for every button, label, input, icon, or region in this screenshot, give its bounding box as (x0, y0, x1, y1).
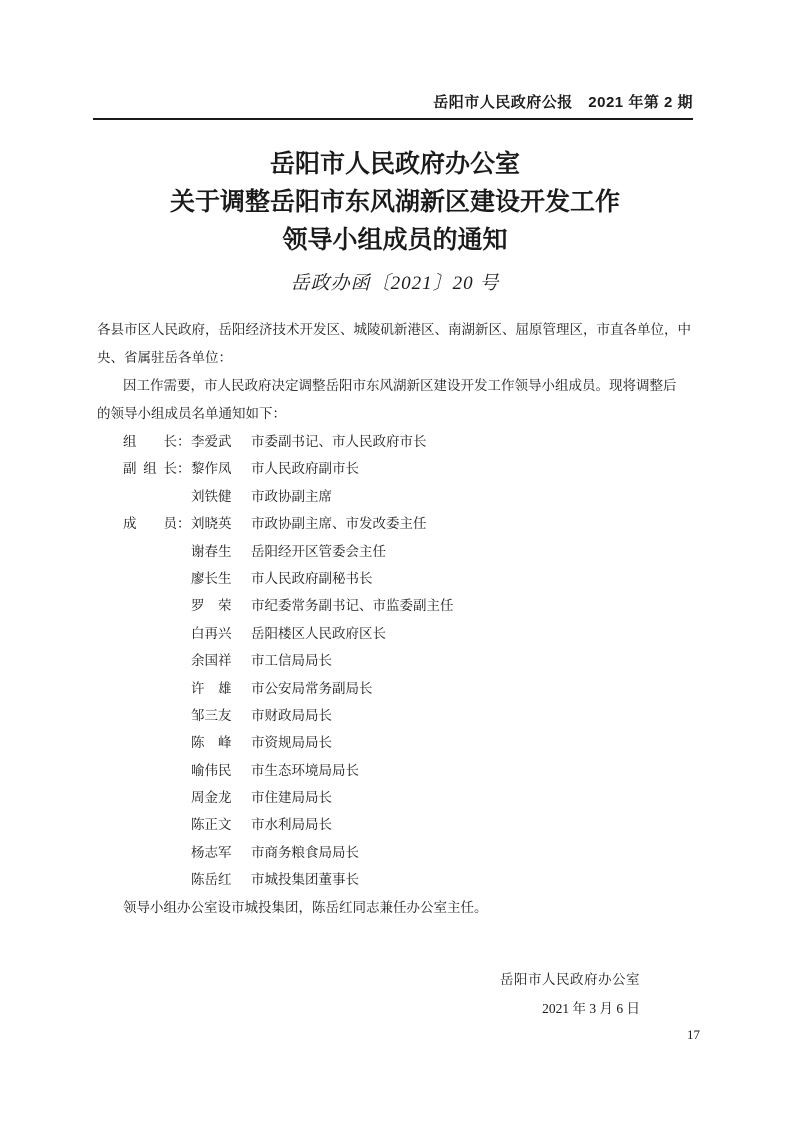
roster-member-name: 刘晓英 (191, 510, 251, 537)
roster-row: 陈正文 市水利局局长 (97, 811, 693, 838)
roster-member-name: 邹三友 (191, 702, 251, 729)
page-number: 17 (687, 1026, 700, 1044)
roster-member-title: 市水利局局长 (251, 811, 332, 838)
document-title-line: 领导小组成员的通知 (97, 222, 693, 260)
roster-role-label: 组 长： (123, 428, 191, 455)
roster-member-name: 陈岳红 (191, 866, 251, 893)
roster-row: 周金龙 市住建局局长 (97, 784, 693, 811)
gazette-header-text: 岳阳市人民政府公报 2021 年第 2 期 (433, 94, 693, 111)
roster-list: 组 长： 李爱武 市委副书记、市人民政府市长 副 组 长： 黎作凤 市人民政府副… (97, 428, 693, 894)
roster-member-name: 陈 峰 (191, 729, 251, 756)
roster-row: 喻伟民 市生态环境局局长 (97, 757, 693, 784)
roster-member-title: 市商务粮食局局长 (251, 839, 359, 866)
signature-block: 岳阳市人民政府办公室 2021 年 3 月 6 日 (97, 968, 693, 1021)
roster-row: 刘铁健 市政协副主席 (97, 483, 693, 510)
gazette-header: 岳阳市人民政府公报 2021 年第 2 期 (93, 92, 693, 120)
roster-member-title: 市政协副主席、市发改委主任 (251, 510, 427, 537)
roster-member-title: 市委副书记、市人民政府市长 (251, 428, 427, 455)
roster-row: 组 长： 李爱武 市委副书记、市人民政府市长 (97, 428, 693, 455)
roster-member-title: 市住建局局长 (251, 784, 332, 811)
roster-row: 白再兴 岳阳楼区人民政府区长 (97, 620, 693, 647)
roster-member-title: 市人民政府副秘书长 (251, 565, 373, 592)
roster-member-name: 陈正文 (191, 811, 251, 838)
roster-member-name: 罗 荣 (191, 592, 251, 619)
intro-paragraph-line: 的领导小组成员名单通知如下： (97, 400, 693, 428)
roster-member-name: 李爱武 (191, 428, 251, 455)
roster-member-title: 岳阳经开区管委会主任 (251, 538, 386, 565)
roster-member-name: 余国祥 (191, 647, 251, 674)
roster-member-name: 刘铁健 (191, 483, 251, 510)
roster-member-name: 周金龙 (191, 784, 251, 811)
roster-member-title: 岳阳楼区人民政府区长 (251, 620, 386, 647)
document-title-line: 关于调整岳阳市东风湖新区建设开发工作 (97, 184, 693, 222)
roster-row: 许 雄 市公安局常务副局长 (97, 675, 693, 702)
roster-row: 陈 峰 市资规局局长 (97, 729, 693, 756)
roster-member-name: 许 雄 (191, 675, 251, 702)
roster-row: 成 员： 刘晓英 市政协副主席、市发改委主任 (97, 510, 693, 537)
roster-member-name: 杨志军 (191, 839, 251, 866)
intro-paragraph-line: 因工作需要，市人民政府决定调整岳阳市东风湖新区建设开发工作领导小组成员。现将调整… (97, 372, 693, 400)
roster-member-title: 市生态环境局局长 (251, 757, 359, 784)
roster-row: 罗 荣 市纪委常务副书记、市监委副主任 (97, 592, 693, 619)
closing-paragraph: 领导小组办公室设市城投集团，陈岳红同志兼任办公室主任。 (97, 894, 693, 922)
roster-member-name: 白再兴 (191, 620, 251, 647)
roster-member-title: 市政协副主席 (251, 483, 332, 510)
document-title-line: 岳阳市人民政府办公室 (97, 146, 693, 184)
roster-role-label: 副 组 长： (123, 455, 191, 482)
roster-role-label: 成 员： (123, 510, 191, 537)
roster-row: 杨志军 市商务粮食局局长 (97, 839, 693, 866)
signature-organization: 岳阳市人民政府办公室 (97, 968, 640, 992)
roster-member-title: 市城投集团董事长 (251, 866, 359, 893)
roster-row: 廖长生 市人民政府副秘书长 (97, 565, 693, 592)
roster-member-title: 市资规局局长 (251, 729, 332, 756)
roster-row: 谢春生 岳阳经开区管委会主任 (97, 538, 693, 565)
roster-member-name: 黎作凤 (191, 455, 251, 482)
roster-row: 副 组 长： 黎作凤 市人民政府副市长 (97, 455, 693, 482)
roster-member-name: 谢春生 (191, 538, 251, 565)
roster-member-title: 市工信局局长 (251, 647, 332, 674)
roster-row: 陈岳红 市城投集团董事长 (97, 866, 693, 893)
roster-member-name: 喻伟民 (191, 757, 251, 784)
roster-member-name: 廖长生 (191, 565, 251, 592)
salutation-line: 央、省属驻岳各单位： (97, 344, 693, 372)
roster-row: 余国祥 市工信局局长 (97, 647, 693, 674)
document-title: 岳阳市人民政府办公室 关于调整岳阳市东风湖新区建设开发工作 领导小组成员的通知 (97, 146, 693, 260)
roster-row: 邹三友 市财政局局长 (97, 702, 693, 729)
roster-member-title: 市公安局常务副局长 (251, 675, 373, 702)
document-page: 岳阳市人民政府公报 2021 年第 2 期 岳阳市人民政府办公室 关于调整岳阳市… (0, 0, 793, 1122)
roster-member-title: 市财政局局长 (251, 702, 332, 729)
document-content: 岳阳市人民政府办公室 关于调整岳阳市东风湖新区建设开发工作 领导小组成员的通知 … (97, 121, 693, 1021)
salutation-line: 各县市区人民政府，岳阳经济技术开发区、城陵矶新港区、南湖新区、屈原管理区，市直各… (97, 316, 693, 344)
roster-member-title: 市人民政府副市长 (251, 455, 359, 482)
document-number: 岳政办函〔2021〕20 号 (97, 271, 693, 297)
roster-member-title: 市纪委常务副书记、市监委副主任 (251, 592, 454, 619)
signature-date: 2021 年 3 月 6 日 (97, 997, 640, 1021)
